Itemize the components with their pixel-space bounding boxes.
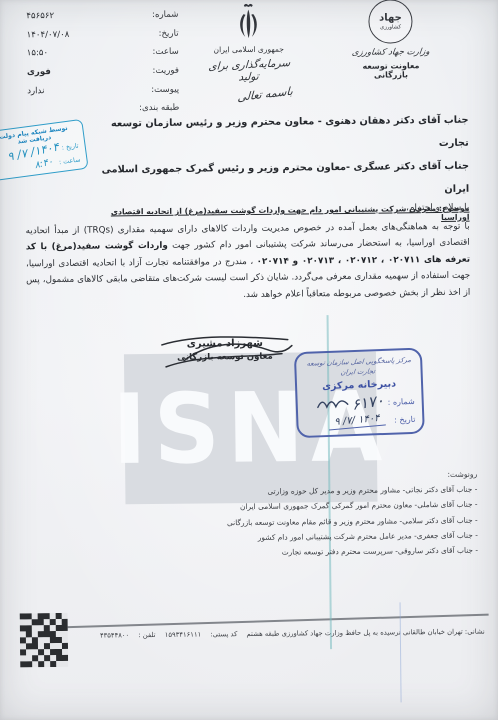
footer-divider xyxy=(27,614,489,629)
received-stamp: توسط شبکه پیام دولت دریافت شد تاریخ : ۱۴… xyxy=(0,119,89,182)
secretariat-date-label: تاریخ : xyxy=(394,415,415,425)
received-date-label: تاریخ : xyxy=(61,142,79,152)
scan-tilt-wrapper: ISNA شماره: ۴۵۶۵۶۲ تاریخ: ۱۴۰۴/۰۷/۰۸ ساع… xyxy=(0,0,498,720)
meta-row-number: شماره: ۴۵۶۵۶۲ xyxy=(26,6,178,26)
salutation: با سلام و احترام، xyxy=(406,203,469,214)
ministry-name-calligraphy: وزارت جهاد کشاورزی xyxy=(344,47,437,58)
footer-address: نشانی: تهران خیابان طالقانی نرسیده به پل… xyxy=(246,628,484,638)
besmellah-calligraphy: باسمه تعالی xyxy=(230,84,300,105)
secretariat-org-calligraphy: مرکز پاسخگویی اصل سازمان توسعه تجارت ایر… xyxy=(302,355,414,379)
cc-item: - جناب آقای دکتر ساروقی- سرپرست محترم دف… xyxy=(138,543,478,562)
secretariat-date-row: تاریخ : ۱۴۰۴ /۷/ ۹ xyxy=(305,413,415,430)
ministry-header: جهاد کشاورزی وزارت جهاد کشاورزی معاونت ت… xyxy=(344,0,437,80)
year-slogan-calligraphy: سرمایه‌گذاری برای تولید xyxy=(196,57,301,86)
handwritten-loop-icon xyxy=(315,394,350,413)
time-label: ساعت: xyxy=(123,47,179,58)
secretariat-number-handwriting: ۶۱۷۰ xyxy=(350,391,385,414)
secretariat-date-handwriting: ۱۴۰۴ /۷/ ۹ xyxy=(328,412,386,430)
urgency-label: فوریت: xyxy=(123,66,179,77)
signatory-title: معاون توسعه بازرگانی xyxy=(162,352,288,363)
recipient-line-2: جناب آقای دکتر عسگری -معاون محترم وزیر و… xyxy=(87,155,469,205)
meta-row-time: ساعت: ۱۵:۵۰ xyxy=(27,43,179,63)
secretariat-number-label: شماره : xyxy=(387,396,414,406)
number-value: ۴۵۶۵۶۲ xyxy=(26,11,122,22)
logo-text-line1: جهاد xyxy=(379,13,402,23)
meta-row-attachment: پیوست: ندارد xyxy=(27,80,179,100)
iran-emblem-icon xyxy=(232,2,264,44)
signatory-name: شهرزاد مشیری xyxy=(162,338,288,350)
received-time-handwriting: ۸:۴۰ xyxy=(34,156,54,171)
secretariat-stamp: مرکز پاسخگویی اصل سازمان توسعه تجارت ایر… xyxy=(294,348,425,439)
letter-meta-table: شماره: ۴۵۶۵۶۲ تاریخ: ۱۴۰۴/۰۷/۰۸ ساعت: ۱۵… xyxy=(26,6,179,119)
attachment-value: ندارد xyxy=(27,85,123,96)
qr-code xyxy=(20,613,69,667)
recipient-line-1: جناب آقای دکتر دهقان دهنوی - معاون محترم… xyxy=(86,109,468,159)
cc-list: رونوشت: - جناب آقای دکتر نجاتی- مشاور مح… xyxy=(137,467,478,562)
received-time-label: ساعت : xyxy=(58,155,80,166)
date-value: ۱۴۰۴/۰۷/۰۸ xyxy=(27,29,123,40)
number-label: شماره: xyxy=(122,10,178,21)
secretariat-title: دبیرخانه مرکزی xyxy=(304,378,414,393)
jihad-agriculture-logo-icon: جهاد کشاورزی xyxy=(368,0,412,44)
deputy-name: معاونت توسعه بازرگانی xyxy=(345,61,437,80)
footer-phone: ۴۳۵۴۴۸۰۰ xyxy=(100,631,129,639)
logo-text-line2: کشاورزی xyxy=(380,24,401,30)
meta-row-urgency: فوریت: فوری xyxy=(27,61,179,81)
footer-phone-label: تلفن : xyxy=(138,631,155,639)
time-value: ۱۵:۵۰ xyxy=(27,48,123,59)
date-label: تاریخ: xyxy=(123,29,179,40)
urgency-value: فوری xyxy=(27,66,123,77)
center-header: جمهوری اسلامی ایران سرمایه‌گذاری برای تو… xyxy=(196,1,301,83)
country-name: جمهوری اسلامی ایران xyxy=(197,44,301,54)
classification-value xyxy=(27,109,123,110)
signature-block: شهرزاد مشیری معاون توسعه بازرگانی xyxy=(162,338,288,363)
meta-row-date: تاریخ: ۱۴۰۴/۰۷/۰۸ xyxy=(26,24,178,44)
footer-postal-code: ۱۵۹۳۴۱۶۱۱۱ xyxy=(165,631,202,639)
footer-postal-label: کد پستی: xyxy=(210,630,237,638)
body-paragraph: با توجه به هماهنگی‌های بعمل آمده در خصوص… xyxy=(26,219,471,306)
attachment-label: پیوست: xyxy=(123,84,179,95)
scanned-letter-page: ISNA شماره: ۴۵۶۵۶۲ تاریخ: ۱۴۰۴/۰۷/۰۸ ساع… xyxy=(0,0,498,720)
secretariat-number-row: شماره : ۶۱۷۰ xyxy=(304,392,415,414)
footer-contact-line: نشانی: تهران خیابان طالقانی نرسیده به پل… xyxy=(89,628,489,640)
